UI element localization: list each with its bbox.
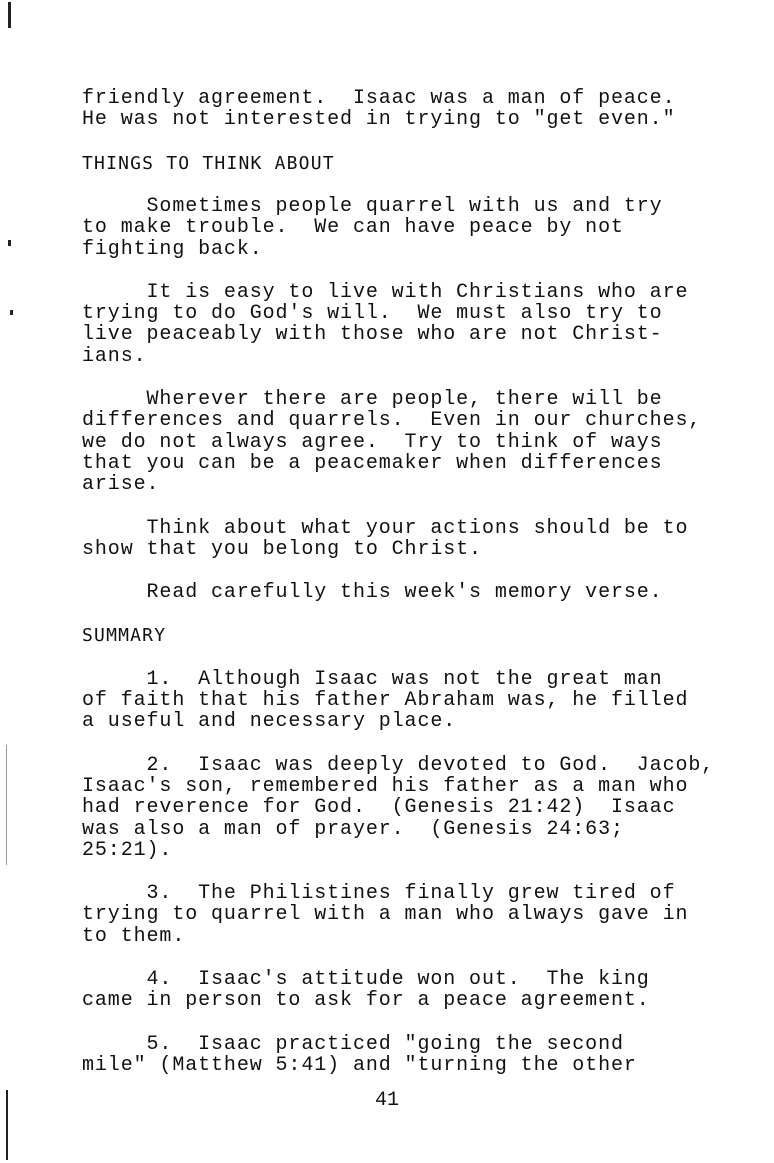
section-heading: THINGS TO THINK ABOUT	[82, 153, 335, 174]
text-line: live peaceably with those who are not Ch…	[82, 324, 663, 345]
text-line: a useful and necessary place.	[82, 711, 456, 732]
text-line: 4. Isaac's attitude won out. The king	[82, 969, 650, 990]
text-line: ians.	[82, 346, 147, 367]
text-line: differences and quarrels. Even in our ch…	[82, 410, 701, 431]
text-line: arise.	[82, 474, 159, 495]
text-line: 25:21).	[82, 840, 172, 861]
text-line: to make trouble. We can have peace by no…	[82, 217, 624, 238]
text-line: that you can be a peacemaker when differ…	[82, 453, 663, 474]
text-line: Read carefully this week's memory verse.	[82, 582, 663, 603]
text-line: was also a man of prayer. (Genesis 24:63…	[82, 819, 624, 840]
section-heading: SUMMARY	[82, 625, 166, 646]
text-line: had reverence for God. (Genesis 21:42) I…	[82, 797, 676, 818]
text-line: mile" (Matthew 5:41) and "turning the ot…	[82, 1055, 637, 1076]
text-line: Wherever there are people, there will be	[82, 389, 663, 410]
scan-edge-mark	[8, 2, 11, 28]
text-line: friendly agreement. Isaac was a man of p…	[82, 88, 676, 109]
scan-edge-mark	[8, 240, 11, 246]
text-line: show that you belong to Christ.	[82, 539, 482, 560]
text-line: to them.	[82, 926, 185, 947]
text-line: we do not always agree. Try to think of …	[82, 432, 663, 453]
scan-edge-mark	[10, 310, 13, 315]
text-line: 3. The Philistines finally grew tired of	[82, 883, 676, 904]
text-line: 5. Isaac practiced "going the second	[82, 1034, 624, 1055]
text-line: of faith that his father Abraham was, he…	[82, 690, 688, 711]
scan-edge-mark	[6, 745, 7, 865]
text-line: He was not interested in trying to "get …	[82, 109, 676, 130]
text-line: 2. Isaac was deeply devoted to God. Jaco…	[82, 755, 714, 776]
text-line: came in person to ask for a peace agreem…	[82, 990, 650, 1011]
text-line: Think about what your actions should be …	[82, 518, 688, 539]
text-line: fighting back.	[82, 239, 263, 260]
page-number: 41	[0, 1089, 774, 1112]
text-line: Isaac's son, remembered his father as a …	[82, 776, 688, 797]
text-line: 1. Although Isaac was not the great man	[82, 669, 663, 690]
text-line: trying to quarrel with a man who always …	[82, 904, 688, 925]
text-line: It is easy to live with Christians who a…	[82, 282, 688, 303]
text-line: trying to do God's will. We must also tr…	[82, 303, 663, 324]
scanned-page: friendly agreement. Isaac was a man of p…	[0, 0, 774, 1163]
text-line: Sometimes people quarrel with us and try	[82, 196, 663, 217]
